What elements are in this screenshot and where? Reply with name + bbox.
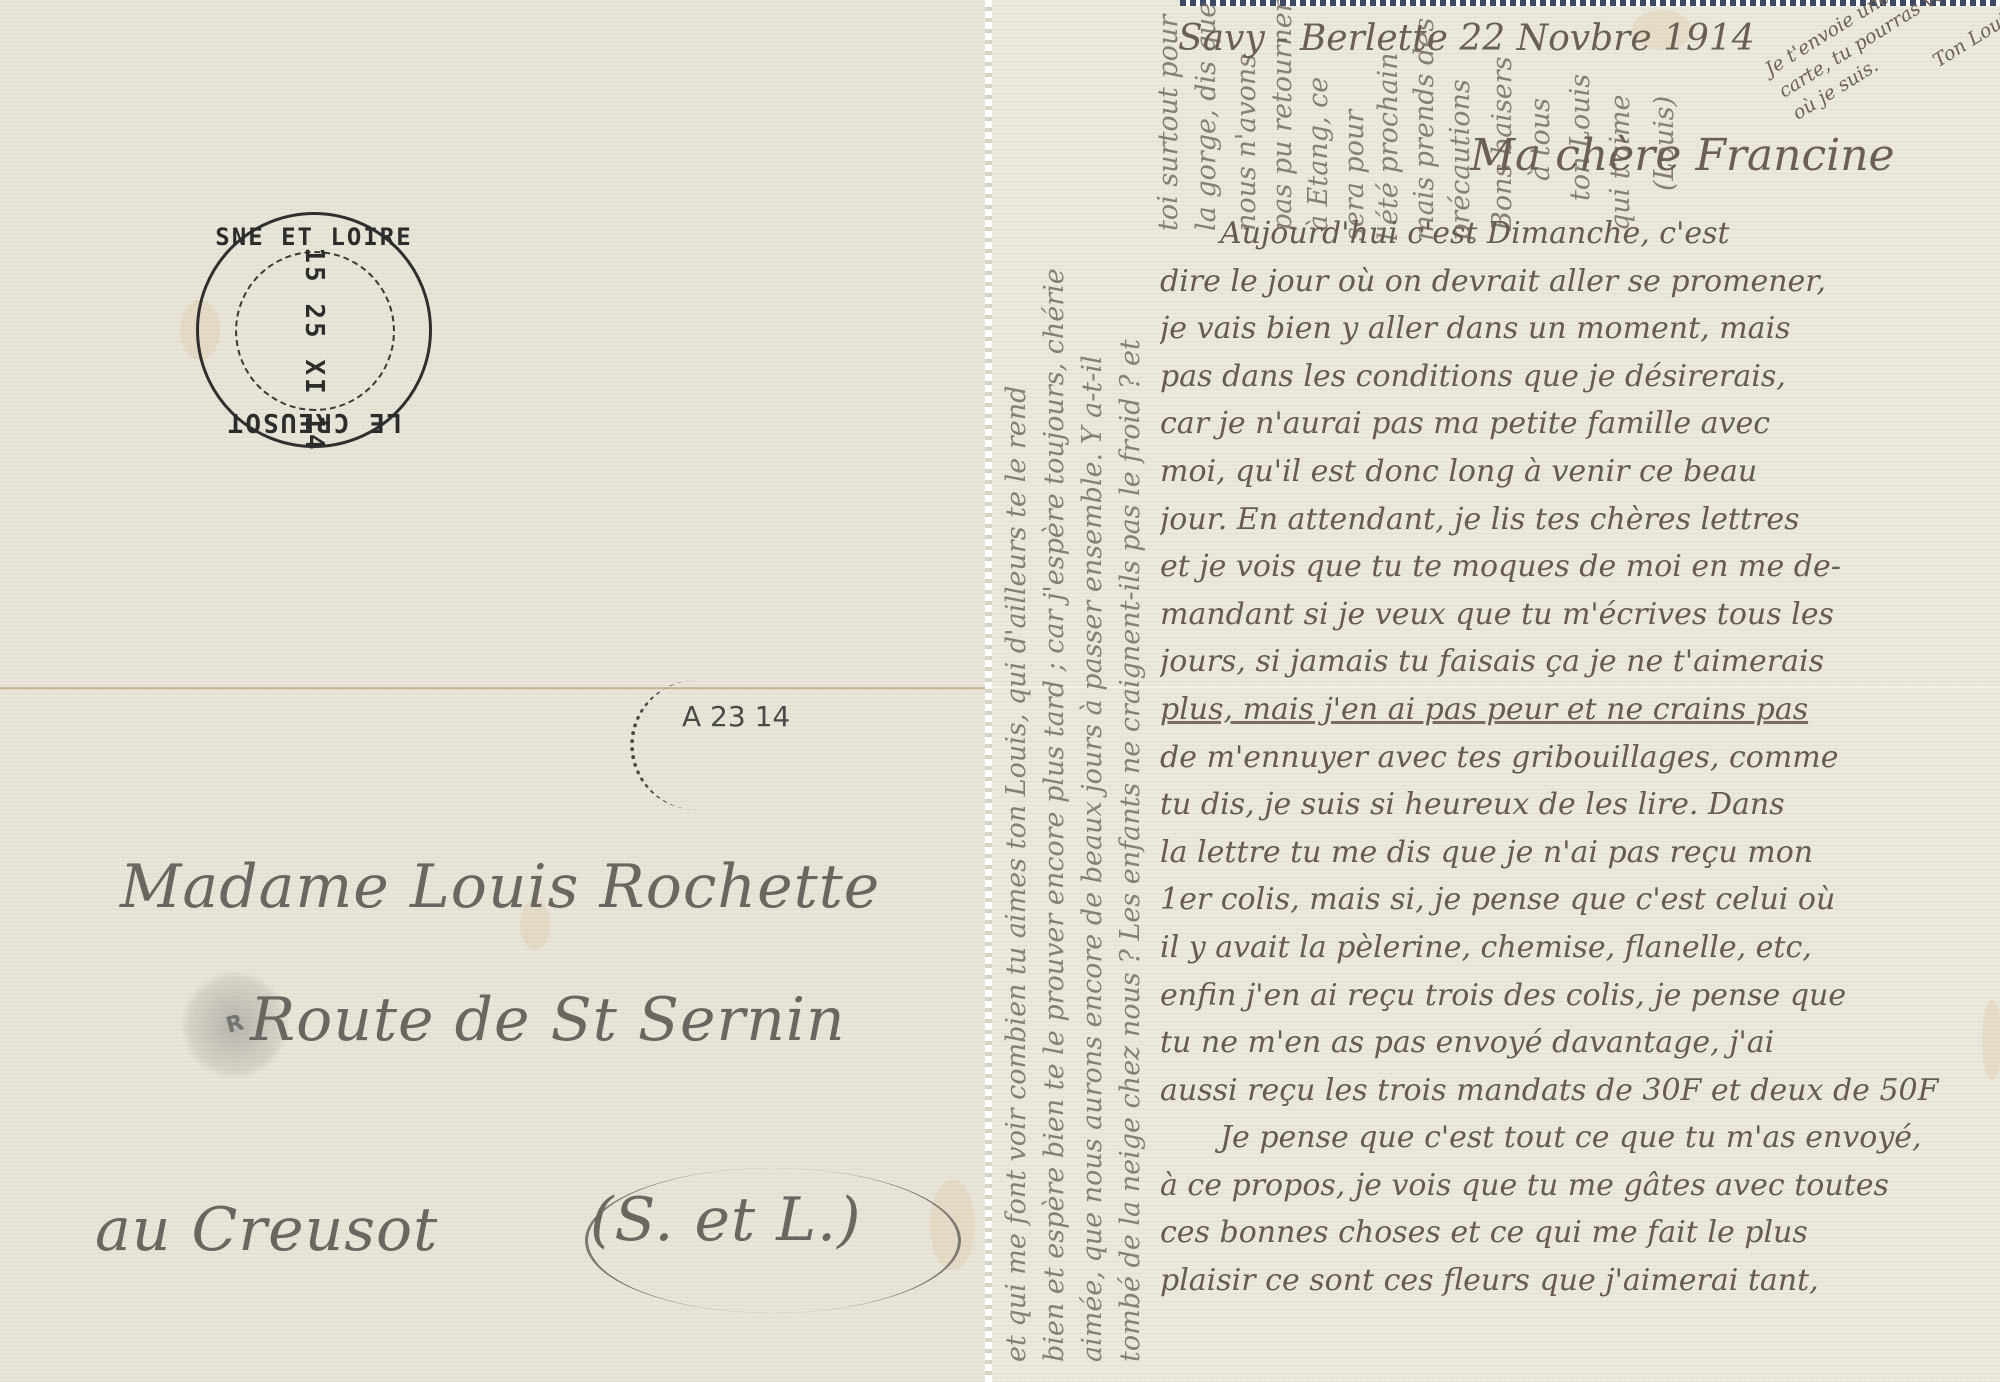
transit-postmark: A 23 14	[630, 680, 764, 810]
postmark-date: 15 25 XI 14	[299, 235, 329, 465]
body-line: il y avait la pèlerine, chemise, flanell…	[1160, 924, 1990, 972]
body-line: pas dans les conditions que je désirerai…	[1160, 353, 1990, 401]
address-street: Route de St Sernin	[250, 985, 846, 1055]
body-line: plaisir ce sont ces fleurs que j'aimerai…	[1160, 1257, 1990, 1305]
body-line: jour. En attendant, je lis tes chères le…	[1160, 496, 1990, 544]
body-line: aussi reçu les trois mandats de 30F et d…	[1160, 1067, 1990, 1115]
body-line: mandant si je veux que tu m'écrives tous…	[1160, 591, 1990, 639]
body-line: plus, mais j'en ai pas peur et ne crains…	[1160, 686, 1990, 734]
body-line: je vais bien y aller dans un moment, mai…	[1160, 305, 1990, 353]
fold-crease	[0, 687, 985, 690]
body-line: et je vois que tu te moques de moi en me…	[1160, 543, 1990, 591]
body-line: jours, si jamais tu faisais ça je ne t'a…	[1160, 638, 1990, 686]
postmark-le-creusot: LE CREUSOT 15 25 XI 14 SNE ET LOIRE	[196, 212, 432, 448]
transit-postmark-text: A 23 14	[682, 700, 790, 733]
body-line: à ce propos, je vois que tu me gâtes ave…	[1160, 1162, 1990, 1210]
body-line: Je pense que c'est tout ce que tu m'as e…	[1160, 1114, 1990, 1162]
address-department: (S. et L.)	[590, 1185, 862, 1255]
body-line: tu dis, je suis si heureux de les lire. …	[1160, 781, 1990, 829]
body-line: enfin j'en ai reçu trois des colis, je p…	[1160, 972, 1990, 1020]
body-line: de m'ennuyer avec tes gribouillages, com…	[1160, 734, 1990, 782]
body-line: la lettre tu me dis que je n'ai pas reçu…	[1160, 829, 1990, 877]
envelope-panel: LE CREUSOT 15 25 XI 14 SNE ET LOIRE A 23…	[0, 0, 985, 1382]
body-line: dire le jour où on devrait aller se prom…	[1160, 258, 1990, 306]
letter-body: Aujourd'hui c'est Dimanche, c'est dire l…	[1160, 210, 1990, 1305]
address-city: au Creusot	[95, 1195, 438, 1265]
body-line: car je n'aurai pas ma petite famille ave…	[1160, 400, 1990, 448]
body-line: 1er colis, mais si, je pense que c'est c…	[1160, 876, 1990, 924]
body-line: Aujourd'hui c'est Dimanche, c'est	[1160, 210, 1990, 258]
address-recipient: Madame Louis Rochette	[120, 852, 880, 922]
body-line: ces bonnes choses et ce qui me fait le p…	[1160, 1209, 1990, 1257]
body-line: tu ne m'en as pas envoyé davantage, j'ai	[1160, 1019, 1990, 1067]
smudged-stamp-text: R	[223, 1010, 246, 1039]
body-line: moi, qu'il est donc long à venir ce beau	[1160, 448, 1990, 496]
letter-place-date: Savy - Berlette 22 Novbre 1914	[1178, 18, 1755, 59]
postmark-department: SNE ET LOIRE	[199, 223, 429, 251]
